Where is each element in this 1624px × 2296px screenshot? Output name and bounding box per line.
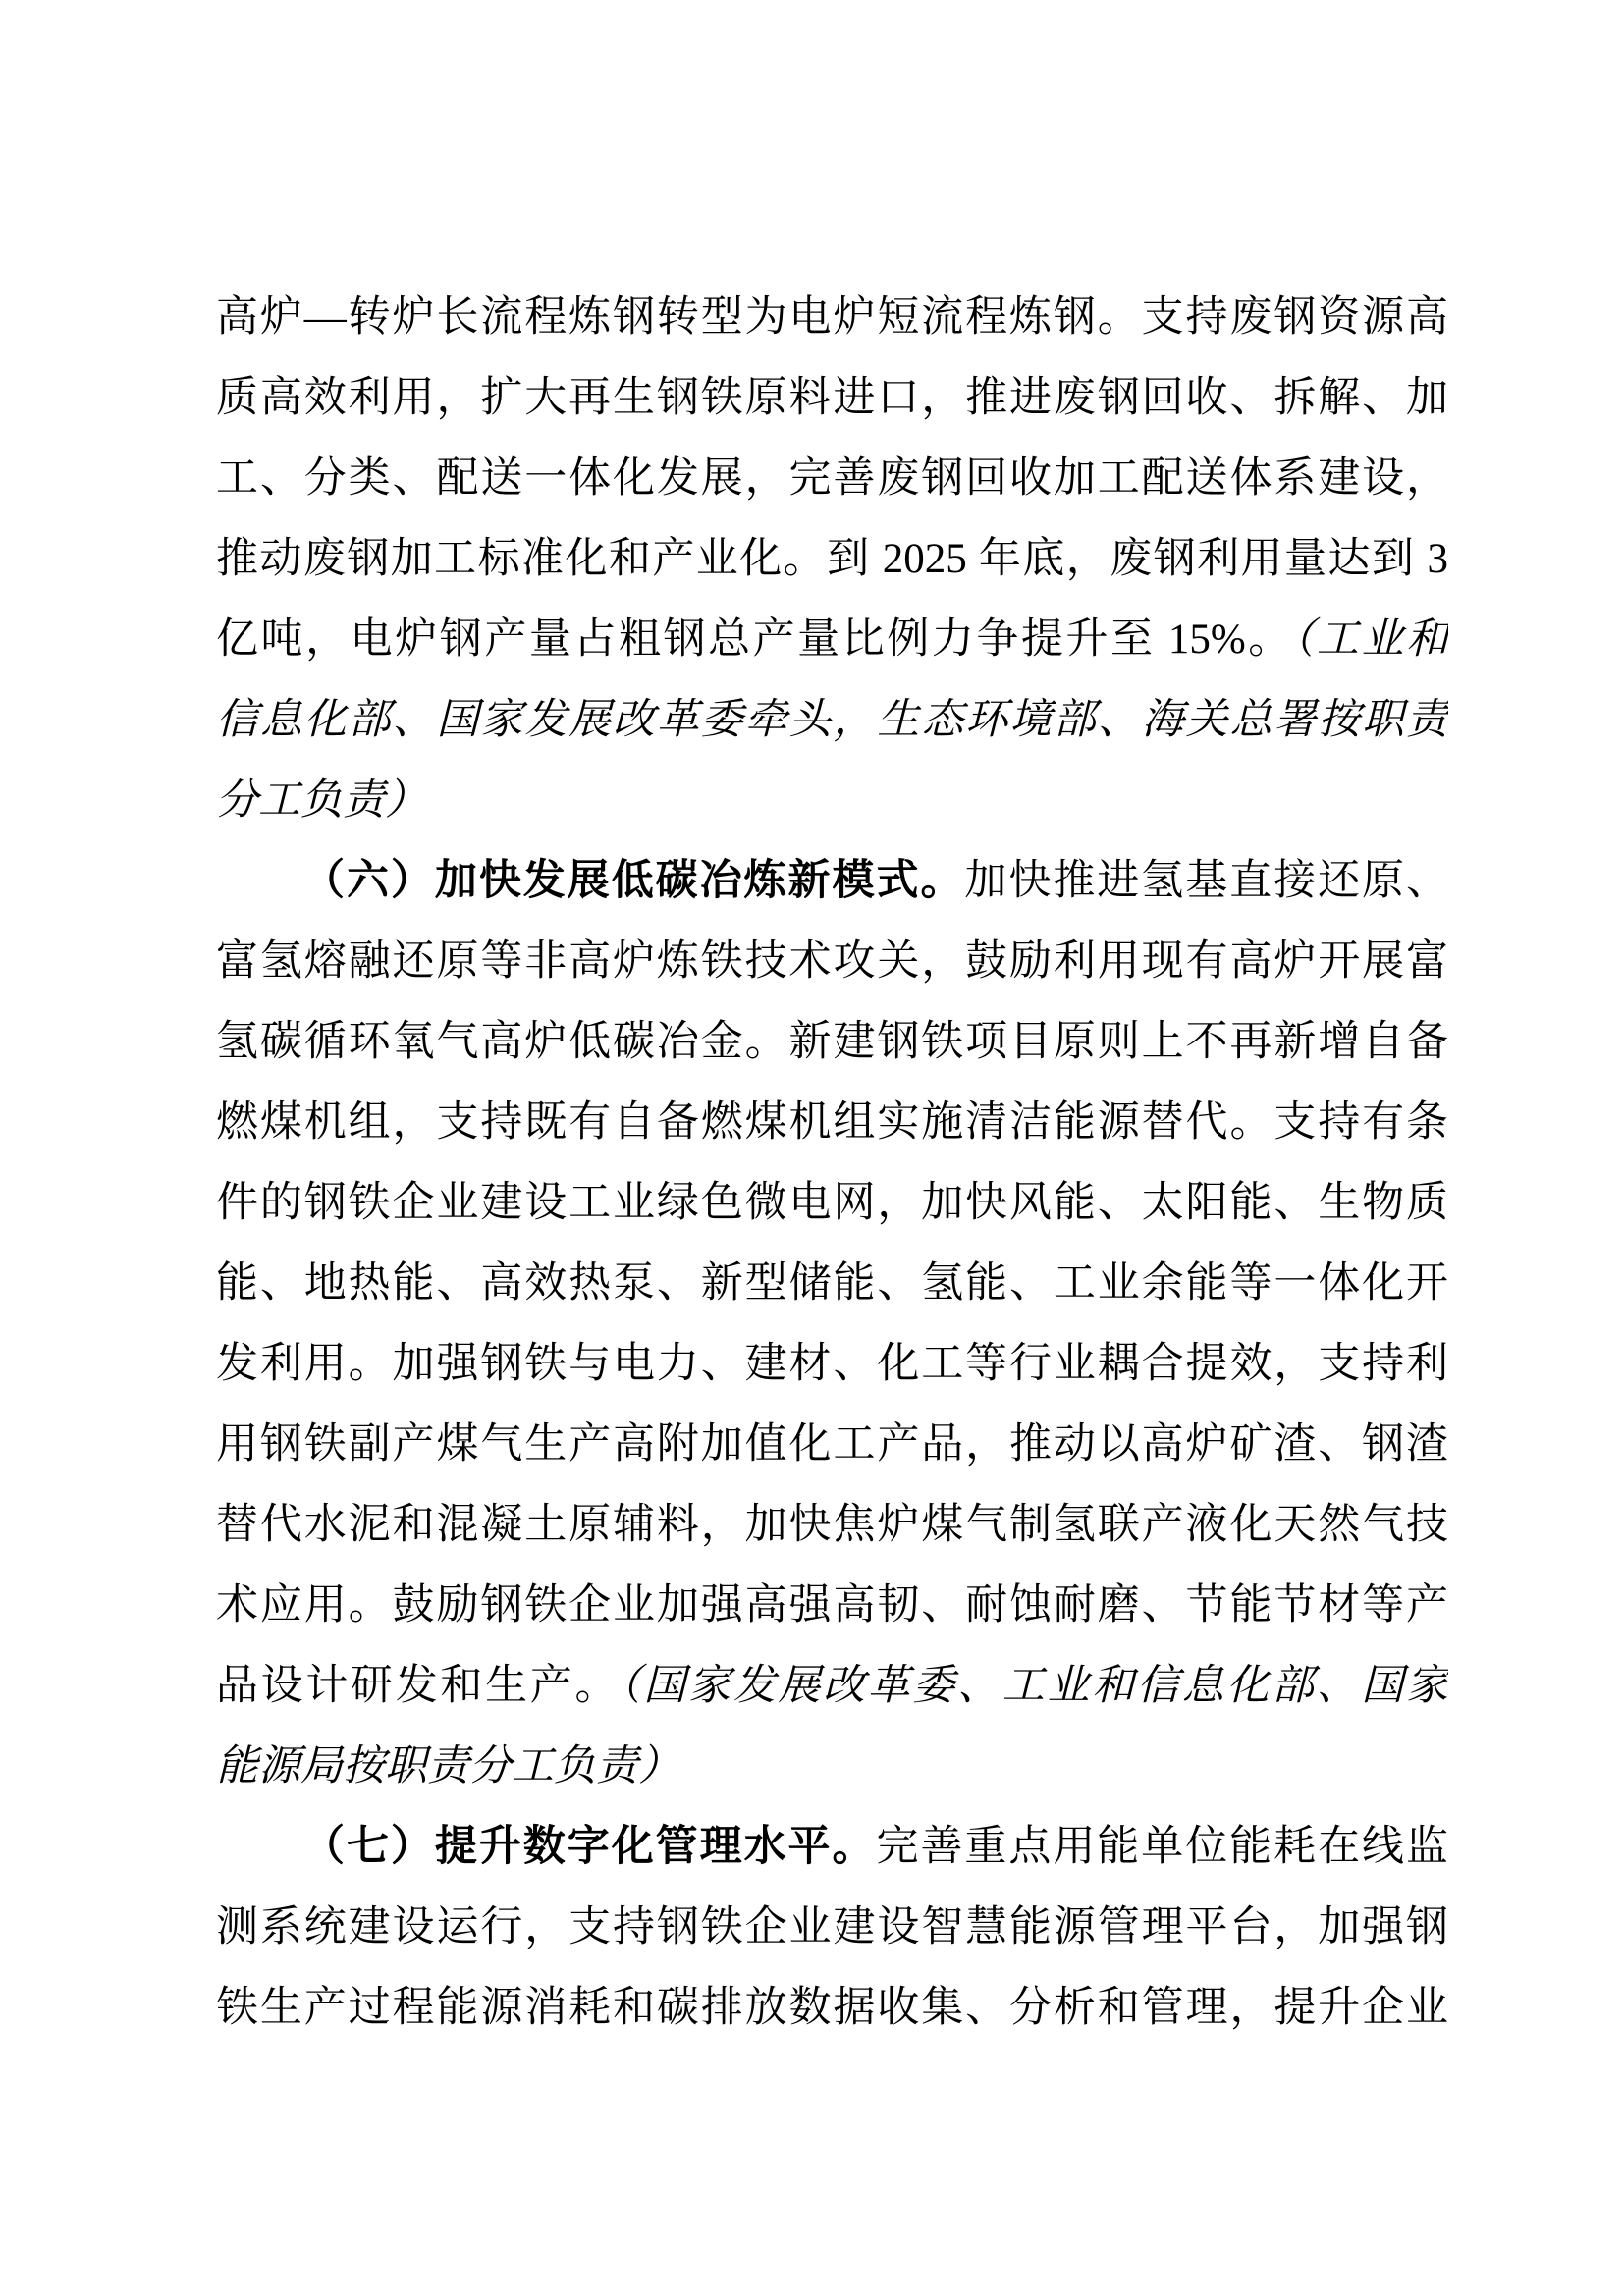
text-line: 高炉—转炉长流程炼钢转型为电炉短流程炼钢。支持废钢资源高 (216, 278, 1448, 358)
text-line: 品设计研发和生产。（国家发展改革委、工业和信息化部、国家 (216, 1646, 1448, 1727)
text-line: 能源局按职责分工负责） (216, 1727, 1448, 1807)
text-segment-body: 富氢熔融还原等非高炉炼铁技术攻关，鼓励利用现有高炉开展富 (216, 938, 1448, 985)
text-line: 燃煤机组，支持既有自备燃煤机组实施清洁能源替代。支持有条 (216, 1083, 1448, 1163)
text-line: 富氢熔融还原等非高炉炼铁技术攻关，鼓励利用现有高炉开展富 (216, 922, 1448, 1002)
text-line: 分工负责） (216, 761, 1448, 841)
text-segment-body: 发利用。加强钢铁与电力、建材、化工等行业耦合提效，支持利 (216, 1341, 1448, 1387)
text-segment-kaiti: （工业和 (1293, 616, 1448, 663)
text-segment-body: 推动废钢加工标准化和产业化。到 2025 年底，废钢利用量达到 3 (216, 536, 1448, 582)
text-line: 工、分类、配送一体化发展，完善废钢回收加工配送体系建设， (216, 439, 1448, 519)
text-segment-body: 件的钢铁企业建设工业绿色微电网，加快风能、太阳能、生物质 (216, 1180, 1448, 1226)
text-segment-body: 替代水泥和混凝土原辅料，加快焦炉煤气制氢联产液化天然气技 (216, 1502, 1448, 1548)
text-line: 用钢铁副产煤气生产高附加值化工产品，推动以高炉矿渣、钢渣 (216, 1405, 1448, 1485)
text-line: 质高效利用，扩大再生钢铁原料进口，推进废钢回收、拆解、加 (216, 358, 1448, 439)
text-segment-kaiti: 能源局按职责分工负责） (216, 1743, 680, 1789)
text-line: 氢碳循环氧气高炉低碳冶金。新建钢铁项目原则上不再新增自备 (216, 1002, 1448, 1083)
document-page: 高炉—转炉长流程炼钢转型为电炉短流程炼钢。支持废钢资源高质高效利用，扩大再生钢铁… (0, 0, 1624, 2296)
text-line: 件的钢铁企业建设工业绿色微电网，加快风能、太阳能、生物质 (216, 1163, 1448, 1244)
text-segment-body: 能、地热能、高效热泵、新型储能、氢能、工业余能等一体化开 (216, 1260, 1448, 1307)
text-line: （六）加快发展低碳冶炼新模式。加快推进氢基直接还原、 (216, 841, 1448, 922)
text-line: 推动废钢加工标准化和产业化。到 2025 年底，废钢利用量达到 3 (216, 519, 1448, 600)
text-segment-body: 氢碳循环氧气高炉低碳冶金。新建钢铁项目原则上不再新增自备 (216, 1019, 1448, 1065)
text-line: 能、地热能、高效热泵、新型储能、氢能、工业余能等一体化开 (216, 1244, 1448, 1324)
text-segment-body: 工、分类、配送一体化发展，完善废钢回收加工配送体系建设， (216, 455, 1448, 502)
text-line: 铁生产过程能源消耗和碳排放数据收集、分析和管理，提升企业 (216, 1968, 1448, 2049)
text-segment-body: 完善重点用能单位能耗在线监 (876, 1824, 1448, 1870)
text-segment-kaiti: （国家发展改革委、工业和信息化部、国家 (620, 1663, 1448, 1709)
text-segment-body: 燃煤机组，支持既有自备燃煤机组实施清洁能源替代。支持有条 (216, 1099, 1448, 1146)
text-segment-kaiti: 分工负责） (216, 777, 427, 824)
text-segment-body: 铁生产过程能源消耗和碳排放数据收集、分析和管理，提升企业 (216, 1985, 1448, 2031)
text-segment-body: 质高效利用，扩大再生钢铁原料进口，推进废钢回收、拆解、加 (216, 375, 1448, 421)
text-line: 术应用。鼓励钢铁企业加强高强高韧、耐蚀耐磨、节能节材等产 (216, 1566, 1448, 1646)
text-segment-head: （七）提升数字化管理水平。 (302, 1824, 876, 1870)
text-line: 亿吨，电炉钢产量占粗钢总产量比例力争提升至 15%。（工业和 (216, 600, 1448, 680)
text-segment-body: 用钢铁副产煤气生产高附加值化工产品，推动以高炉矿渣、钢渣 (216, 1421, 1448, 1468)
text-line: （七）提升数字化管理水平。完善重点用能单位能耗在线监 (216, 1807, 1448, 1888)
text-line: 发利用。加强钢铁与电力、建材、化工等行业耦合提效，支持利 (216, 1324, 1448, 1405)
text-line: 信息化部、国家发展改革委牵头，生态环境部、海关总署按职责 (216, 680, 1448, 761)
text-line: 测系统建设运行，支持钢铁企业建设智慧能源管理平台，加强钢 (216, 1888, 1448, 1968)
text-segment-head: （六）加快发展低碳冶炼新模式。 (302, 858, 964, 904)
text-segment-body: 亿吨，电炉钢产量占粗钢总产量比例力争提升至 15%。 (216, 616, 1293, 663)
text-segment-body: 品设计研发和生产。 (216, 1663, 620, 1709)
text-segment-body: 测系统建设运行，支持钢铁企业建设智慧能源管理平台，加强钢 (216, 1904, 1448, 1950)
document-body: 高炉—转炉长流程炼钢转型为电炉短流程炼钢。支持废钢资源高质高效利用，扩大再生钢铁… (216, 278, 1448, 2049)
text-segment-body: 高炉—转炉长流程炼钢转型为电炉短流程炼钢。支持废钢资源高 (216, 294, 1448, 341)
text-segment-kaiti: 信息化部、国家发展改革委牵头，生态环境部、海关总署按职责 (216, 697, 1448, 743)
text-line: 替代水泥和混凝土原辅料，加快焦炉煤气制氢联产液化天然气技 (216, 1485, 1448, 1566)
text-segment-body: 加快推进氢基直接还原、 (964, 858, 1448, 904)
text-segment-body: 术应用。鼓励钢铁企业加强高强高韧、耐蚀耐磨、节能节材等产 (216, 1582, 1448, 1629)
